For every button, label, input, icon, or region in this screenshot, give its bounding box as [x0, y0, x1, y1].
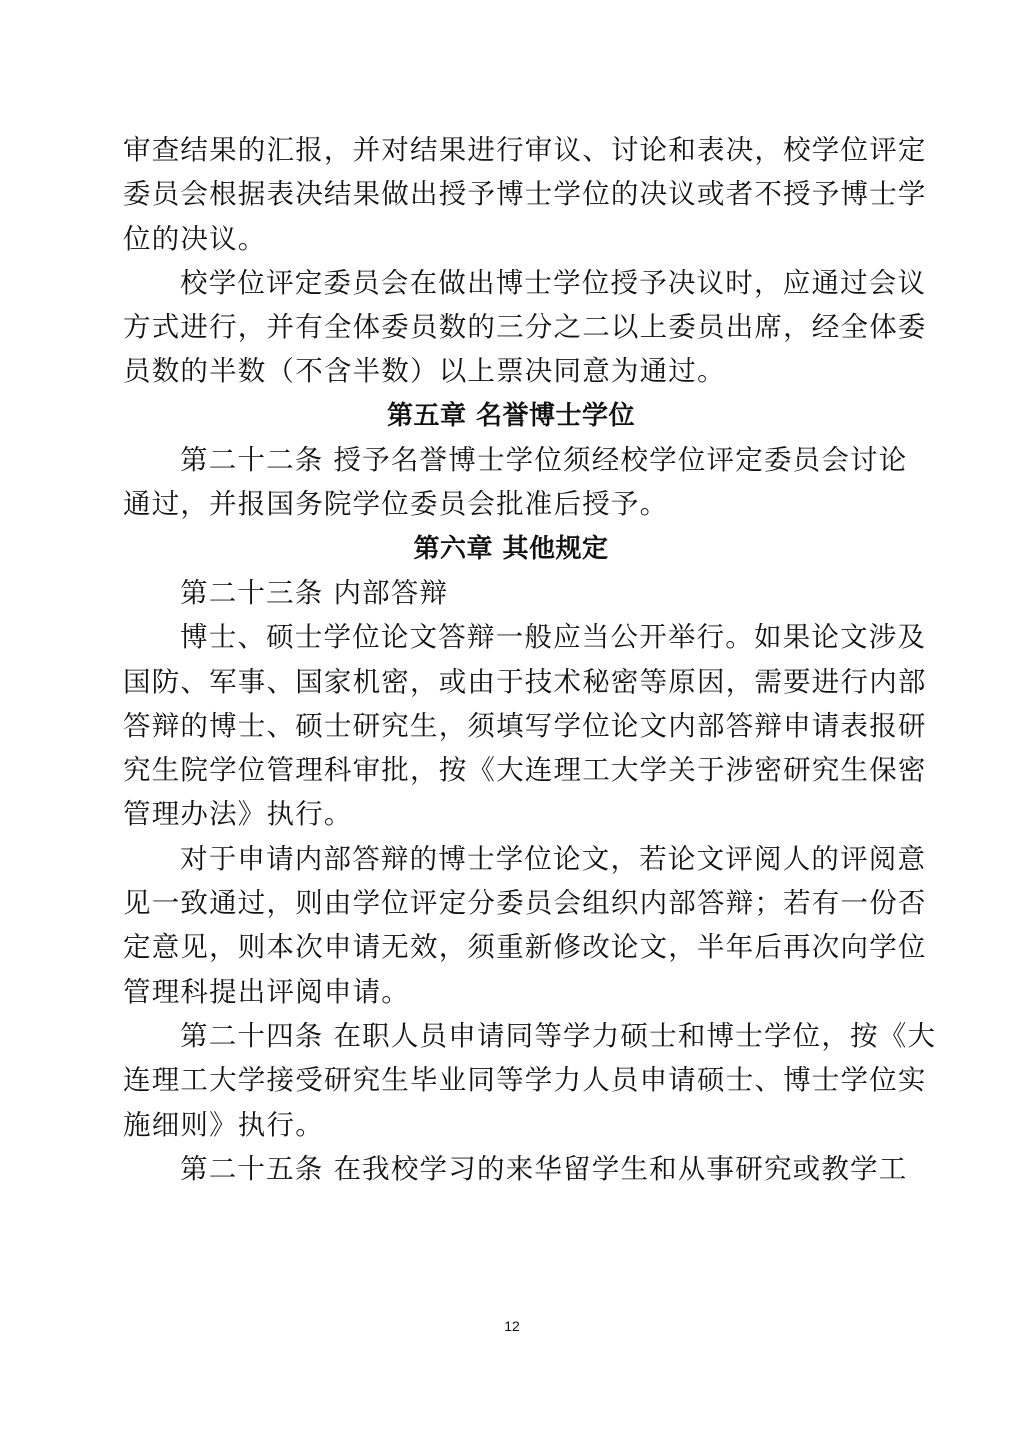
paragraph-line: 管理科提出评阅申请。 [123, 970, 899, 1014]
document-body: 审查结果的汇报，并对结果进行审议、讨论和表决，校学位评定 委员会根据表决结果做出… [123, 128, 899, 1191]
paragraph-line: 答辩的博士、硕士研究生，须填写学位论文内部答辩申请表报研 [123, 704, 899, 748]
paragraph-line: 对于申请内部答辩的博士学位论文，若论文评阅人的评阅意 [123, 837, 899, 881]
paragraph-line: 博士、硕士学位论文答辩一般应当公开举行。如果论文涉及 [123, 615, 899, 659]
paragraph-line: 定意见，则本次申请无效，须重新修改论文，半年后再次向学位 [123, 925, 899, 969]
paragraph-line: 审查结果的汇报，并对结果进行审议、讨论和表决，校学位评定 [123, 128, 899, 172]
article-line: 连理工大学接受研究生毕业同等学力人员申请硕士、博士学位实 [123, 1058, 899, 1102]
article-title: 第二十三条 内部答辩 [123, 571, 899, 615]
paragraph-line: 员数的半数（不含半数）以上票决同意为通过。 [123, 349, 899, 393]
paragraph-line: 方式进行，并有全体委员数的三分之二以上委员出席，经全体委 [123, 305, 899, 349]
paragraph-line: 究生院学位管理科审批，按《大连理工大学关于涉密研究生保密 [123, 748, 899, 792]
chapter-heading: 第六章 其他规定 [123, 527, 899, 571]
paragraph-line: 委员会根据表决结果做出授予博士学位的决议或者不授予博士学 [123, 172, 899, 216]
chapter-heading: 第五章 名誉博士学位 [123, 394, 899, 438]
paragraph-line: 见一致通过，则由学位评定分委员会组织内部答辩；若有一份否 [123, 881, 899, 925]
article-line: 第二十五条 在我校学习的来华留学生和从事研究或教学工 [123, 1147, 899, 1191]
paragraph-line: 位的决议。 [123, 217, 899, 261]
paragraph-line: 国防、军事、国家机密，或由于技术秘密等原因，需要进行内部 [123, 660, 899, 704]
page-number: 12 [0, 1318, 1024, 1334]
article-line: 第二十四条 在职人员申请同等学力硕士和博士学位，按《大 [123, 1014, 899, 1058]
article-line: 通过，并报国务院学位委员会批准后授予。 [123, 482, 899, 526]
article-line: 第二十二条 授予名誉博士学位须经校学位评定委员会讨论 [123, 438, 899, 482]
paragraph-line: 管理办法》执行。 [123, 792, 899, 836]
article-line: 施细则》执行。 [123, 1103, 899, 1147]
document-page: 审查结果的汇报，并对结果进行审议、讨论和表决，校学位评定 委员会根据表决结果做出… [0, 0, 1024, 1446]
paragraph-line: 校学位评定委员会在做出博士学位授予决议时，应通过会议 [123, 261, 899, 305]
